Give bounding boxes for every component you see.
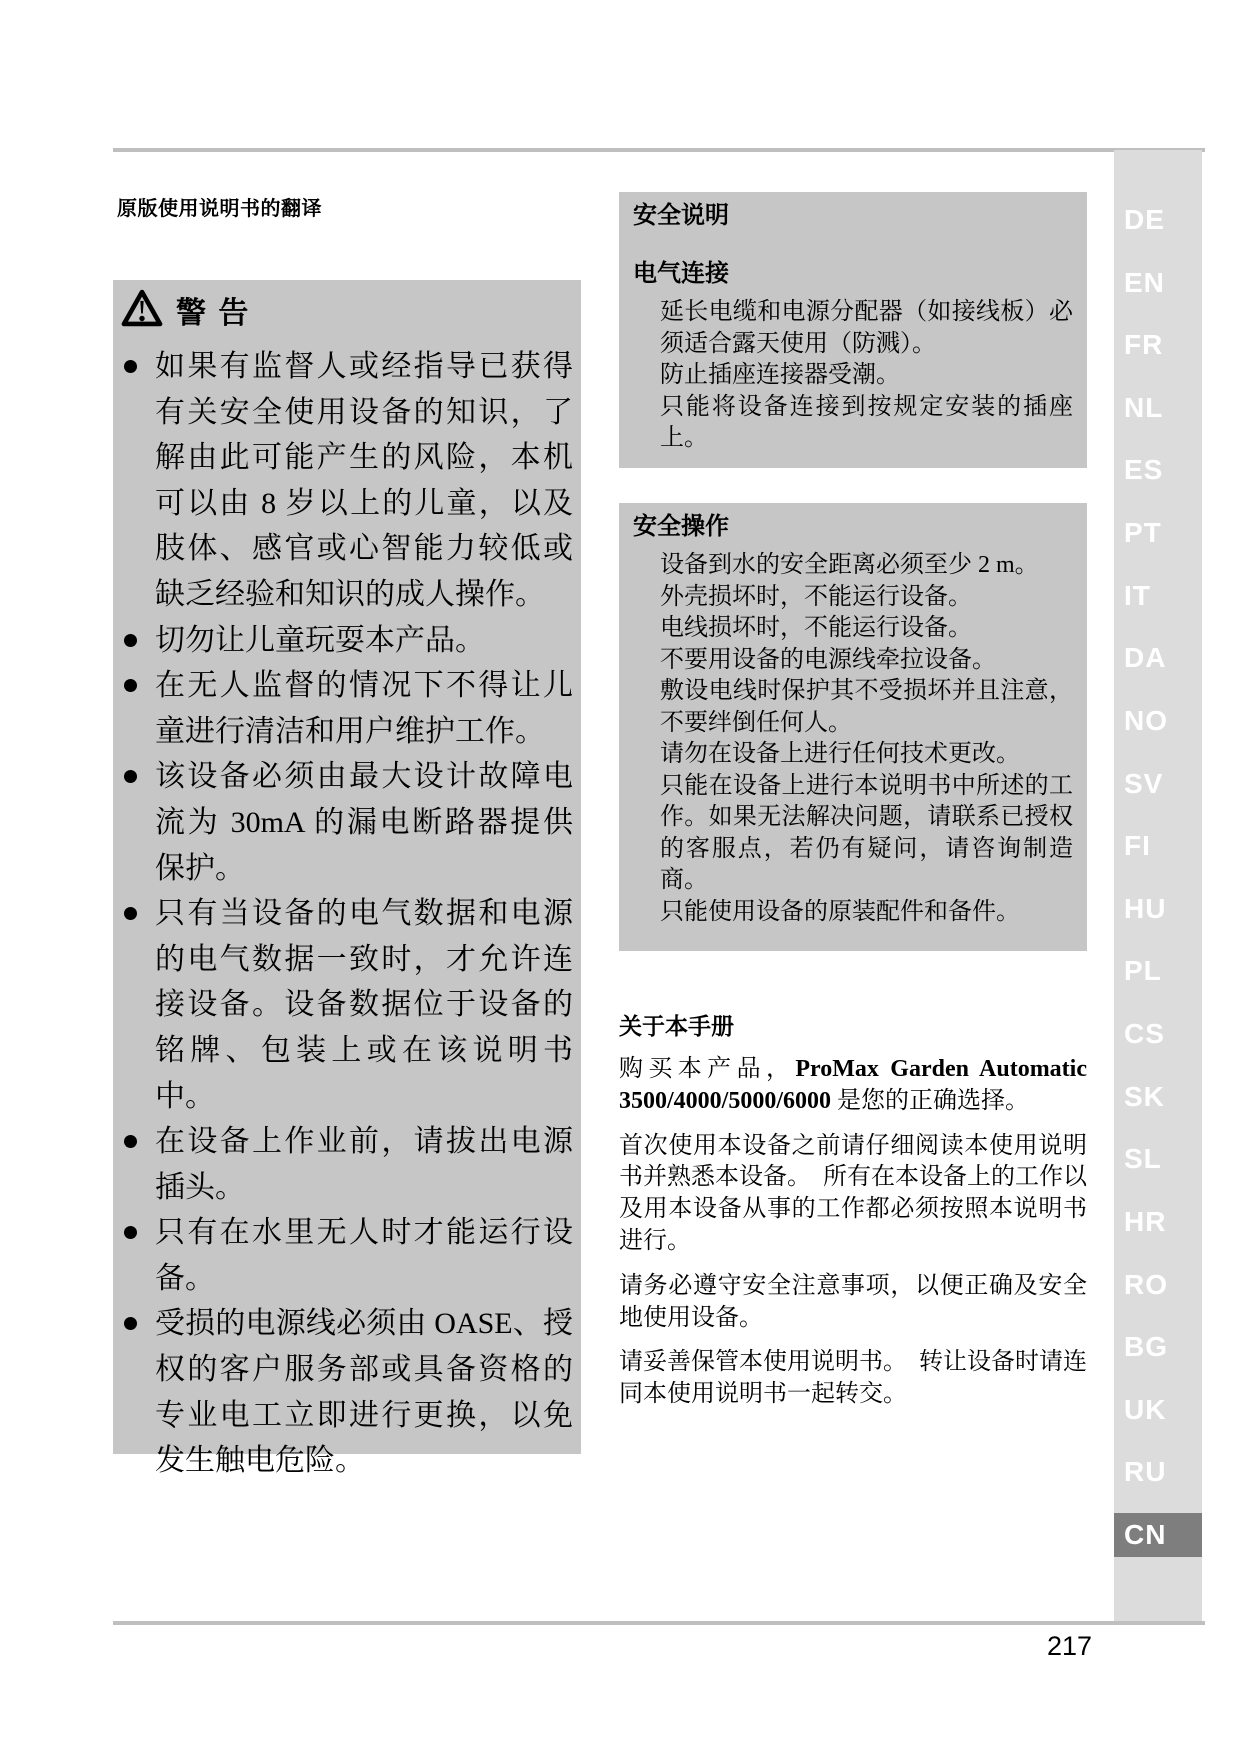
warning-bullet-list: 如果有监督人或经指导已获得有关安全使用设备的知识，了解由此可能产生的风险，本机可… xyxy=(121,344,573,1484)
sidebar-lang-sk: SK xyxy=(1114,1066,1202,1128)
warning-bullet-item: 如果有监督人或经指导已获得有关安全使用设备的知识，了解由此可能产生的风险，本机可… xyxy=(121,344,573,618)
electrical-connection-bullet-list: 延长电缆和电源分配器（如接线板）必须适合露天使用（防溅）。 防止插座连接器受潮。… xyxy=(633,297,1073,455)
sidebar-lang-hu: HU xyxy=(1114,878,1202,940)
bullet-item: 只能将设备连接到按规定安装的插座上。 xyxy=(633,392,1073,455)
sidebar-lang-pl: PL xyxy=(1114,940,1202,1002)
bullet-text: 如果有监督人或经指导已获得有关安全使用设备的知识，了解由此可能产生的风险，本机可… xyxy=(155,344,573,618)
sidebar-lang-de: DE xyxy=(1114,189,1202,251)
sidebar-lang-sl: SL xyxy=(1114,1128,1202,1190)
warning-bullet-item: 在无人监督的情况下不得让儿童进行清洁和用户维护工作。 xyxy=(121,663,573,754)
bullet-icon xyxy=(124,679,137,692)
safety-notes-heading: 安全说明 xyxy=(633,201,1073,231)
about-manual-heading: 关于本手册 xyxy=(619,1008,1087,1041)
bullet-text: 不要用设备的电源线牵拉设备。 xyxy=(660,645,1073,677)
bullet-text: 请勿在设备上进行任何技术更改。 xyxy=(660,739,1073,771)
bullet-item: 不要用设备的电源线牵拉设备。 xyxy=(633,645,1073,677)
sidebar-lang-cs: CS xyxy=(1114,1003,1202,1065)
sidebar-lang-es: ES xyxy=(1114,439,1202,501)
bullet-item: 设备到水的安全距离必须至少 2 m。 xyxy=(633,550,1073,582)
bullet-text: 该设备必须由最大设计故障电流为 30mA 的漏电断路器提供保护。 xyxy=(155,754,573,891)
sidebar-lang-pt: PT xyxy=(1114,502,1202,564)
sidebar-lang-en: EN xyxy=(1114,252,1202,314)
bullet-item: 电线损坏时，不能运行设备。 xyxy=(633,613,1073,645)
safe-operation-heading: 安全操作 xyxy=(633,512,1073,542)
sidebar-lang-it: IT xyxy=(1114,565,1202,627)
about-paragraph: 请务必遵守安全注意事项，以便正确及安全地使用设备。 xyxy=(619,1271,1087,1335)
warning-bullet-item: 该设备必须由最大设计故障电流为 30mA 的漏电断路器提供保护。 xyxy=(121,754,573,891)
sidebar-lang-sv: SV xyxy=(1114,753,1202,815)
bullet-text: 只能使用设备的原装配件和备件。 xyxy=(660,897,1073,929)
warning-header: 警 告 xyxy=(121,288,573,332)
sidebar-lang-fr: FR xyxy=(1114,314,1202,376)
page-number: 217 xyxy=(1000,1631,1092,1662)
bullet-text: 只能在设备上进行本说明书中所述的工作。如果无法解决问题，请联系已授权的客服点，若… xyxy=(660,771,1073,897)
electrical-connection-subheading: 电气连接 xyxy=(633,259,1073,289)
intro-text: 购买本产品， xyxy=(619,1056,795,1082)
warning-bullet-item: 受损的电源线必须由 OASE、授权的客户服务部或具备资格的专业电工立即进行更换，… xyxy=(121,1301,573,1483)
bullet-text: 只有在水里无人时才能运行设备。 xyxy=(155,1210,573,1301)
bottom-divider xyxy=(113,1621,1205,1625)
warning-bullet-item: 只有当设备的电气数据和电源的电气数据一致时，才允许连接设备。设备数据位于设备的铭… xyxy=(121,891,573,1119)
about-manual-section: 关于本手册 购买本产品，ProMax Garden Automatic 3500… xyxy=(619,1008,1087,1411)
top-divider xyxy=(113,148,1205,152)
bullet-text: 外壳损坏时，不能运行设备。 xyxy=(660,582,1073,614)
about-paragraph: 请妥善保管本使用说明书。 转让设备时请连同本使用说明书一起转交。 xyxy=(619,1347,1087,1411)
bullet-text: 在无人监督的情况下不得让儿童进行清洁和用户维护工作。 xyxy=(155,663,573,754)
sidebar-lang-ro: RO xyxy=(1114,1254,1202,1316)
bullet-text: 受损的电源线必须由 OASE、授权的客户服务部或具备资格的专业电工立即进行更换，… xyxy=(155,1301,573,1483)
bullet-text: 设备到水的安全距离必须至少 2 m。 xyxy=(660,550,1073,582)
bullet-icon xyxy=(124,907,137,920)
bullet-text: 切勿让儿童玩耍本产品。 xyxy=(155,618,573,664)
sidebar-lang-fi: FI xyxy=(1114,815,1202,877)
language-index-sidebar: DEENFRNLESPTITDANOSVFIHUPLCSSKSLHRROBGUK… xyxy=(1114,150,1202,1621)
bullet-text: 敷设电线时保护其不受损坏并且注意，不要绊倒任何人。 xyxy=(660,676,1073,739)
about-paragraph-list: 首次使用本设备之前请仔细阅读本使用说明书并熟悉本设备。 所有在本设备上的工作以及… xyxy=(619,1131,1087,1411)
bullet-icon xyxy=(124,1317,137,1330)
warning-bullet-item: 切勿让儿童玩耍本产品。 xyxy=(121,618,573,664)
bullet-item: 只能使用设备的原装配件和备件。 xyxy=(633,897,1073,929)
about-paragraph-intro: 购买本产品，ProMax Garden Automatic 3500/4000/… xyxy=(619,1054,1087,1118)
bullet-item: 只能在设备上进行本说明书中所述的工作。如果无法解决问题，请联系已授权的客服点，若… xyxy=(633,771,1073,897)
sidebar-lang-cn: CN xyxy=(1114,1513,1202,1557)
warning-bullet-item: 只有在水里无人时才能运行设备。 xyxy=(121,1210,573,1301)
bullet-item: 请勿在设备上进行任何技术更改。 xyxy=(633,739,1073,771)
bullet-text: 在设备上作业前，请拔出电源插头。 xyxy=(155,1119,573,1210)
bullet-icon xyxy=(124,634,137,647)
bullet-icon xyxy=(124,770,137,783)
bullet-text: 只能将设备连接到按规定安装的插座上。 xyxy=(660,392,1073,455)
bullet-icon xyxy=(124,1135,137,1148)
safety-notes-box: 安全说明 电气连接 延长电缆和电源分配器（如接线板）必须适合露天使用（防溅）。 … xyxy=(619,192,1087,468)
bullet-text: 延长电缆和电源分配器（如接线板）必须适合露天使用（防溅）。 xyxy=(660,297,1073,360)
sidebar-lang-no: NO xyxy=(1114,690,1202,752)
bullet-text: 防止插座连接器受潮。 xyxy=(660,360,1073,392)
bullet-text: 电线损坏时，不能运行设备。 xyxy=(660,613,1073,645)
bullet-item: 防止插座连接器受潮。 xyxy=(633,360,1073,392)
bullet-item: 外壳损坏时，不能运行设备。 xyxy=(633,582,1073,614)
warning-box: 警 告 如果有监督人或经指导已获得有关安全使用设备的知识，了解由此可能产生的风险… xyxy=(113,280,581,1454)
bullet-text: 只有当设备的电气数据和电源的电气数据一致时，才允许连接设备。设备数据位于设备的铭… xyxy=(155,891,573,1119)
bullet-icon xyxy=(124,360,137,373)
safe-operation-box: 安全操作 设备到水的安全距离必须至少 2 m。 外壳损坏时，不能运行设备。 电线… xyxy=(619,503,1087,951)
bullet-icon xyxy=(124,1226,137,1239)
sidebar-lang-da: DA xyxy=(1114,627,1202,689)
bullet-item: 延长电缆和电源分配器（如接线板）必须适合露天使用（防溅）。 xyxy=(633,297,1073,360)
safe-operation-bullet-list: 设备到水的安全距离必须至少 2 m。 外壳损坏时，不能运行设备。 电线损坏时，不… xyxy=(633,550,1073,928)
intro-text: 是您的正确选择。 xyxy=(831,1088,1029,1114)
page-title: 原版使用说明书的翻译 xyxy=(117,192,322,221)
about-paragraph: 首次使用本设备之前请仔细阅读本使用说明书并熟悉本设备。 所有在本设备上的工作以及… xyxy=(619,1131,1087,1258)
bullet-item: 敷设电线时保护其不受损坏并且注意，不要绊倒任何人。 xyxy=(633,676,1073,739)
sidebar-lang-bg: BG xyxy=(1114,1316,1202,1378)
warning-bullet-item: 在设备上作业前，请拔出电源插头。 xyxy=(121,1119,573,1210)
warning-triangle-icon xyxy=(121,289,163,332)
sidebar-lang-uk: UK xyxy=(1114,1379,1202,1441)
sidebar-lang-nl: NL xyxy=(1114,377,1202,439)
warning-heading: 警 告 xyxy=(176,288,250,332)
sidebar-lang-ru: RU xyxy=(1114,1441,1202,1503)
sidebar-lang-hr: HR xyxy=(1114,1191,1202,1253)
